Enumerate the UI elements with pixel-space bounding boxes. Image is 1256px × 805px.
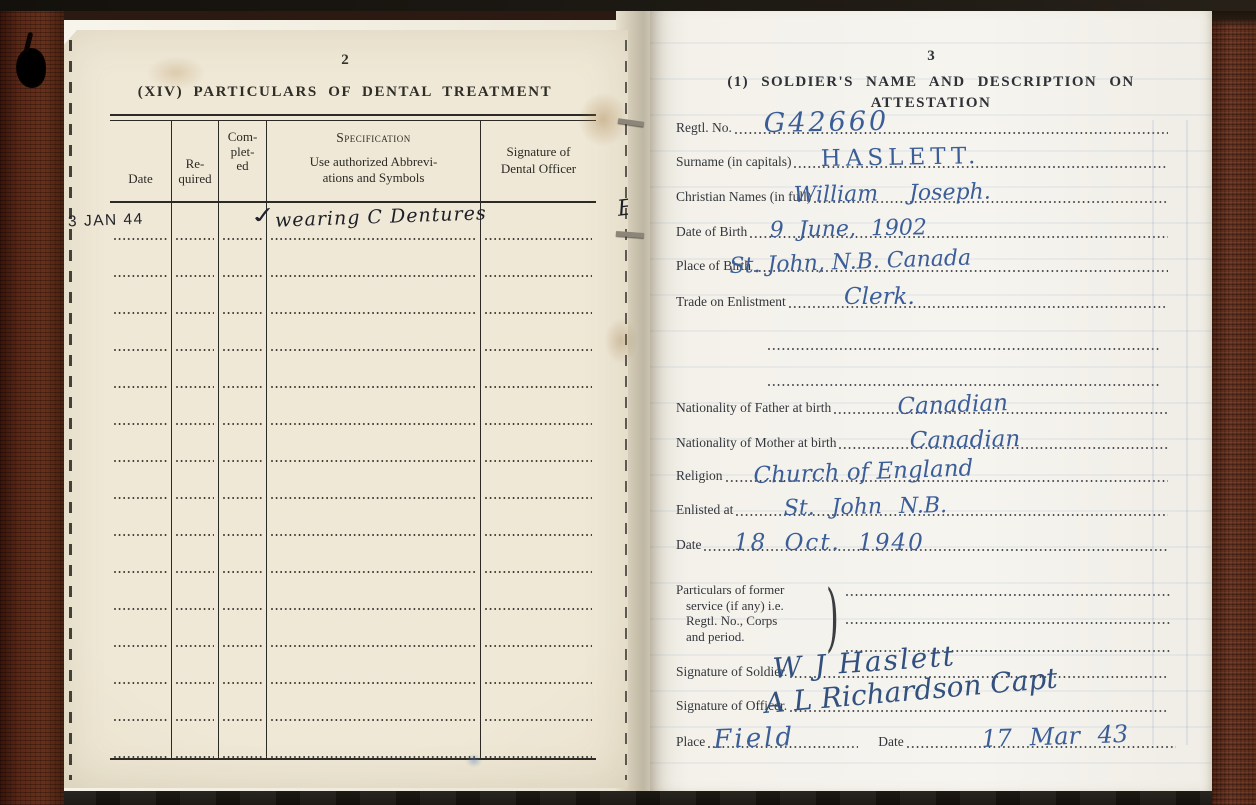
field-officer-signature: Signature of Officer. A L Richardson Cap… (676, 684, 1168, 714)
perforation-line (625, 40, 628, 780)
dental-table-blank-row (110, 425, 596, 462)
regtl-no-handwriting: G42660 (763, 106, 889, 139)
dental-table-blank-row (110, 462, 596, 499)
bleed-through-rule (1186, 120, 1188, 745)
header-required: Re- quired (172, 121, 219, 201)
header-specification: Specification Use authorized Abbrevi- at… (267, 121, 481, 201)
entry-completed-cell: ✓ (219, 203, 267, 240)
father-nationality-handwriting: Canadian (897, 390, 1008, 420)
entry-required-cell (172, 203, 219, 240)
field-mother-nationality: Nationality of Mother at birth Canadian (676, 421, 1168, 451)
entry-specification-handwriting: wearing C Dentures (275, 202, 487, 231)
entry-specification-cell: wearing C Dentures E C Clff Capt (267, 203, 481, 240)
service-book-spread: 2 (XIV) PARTICULARS OF DENTAL TREATMENT … (0, 0, 1256, 805)
dental-table-blank-row (110, 573, 596, 610)
religion-handwriting: Church of England (753, 455, 974, 489)
header-date: Date (110, 121, 172, 201)
dental-table-rows: 3 JAN 44 ✓ wearing C Dentures E C Clff C… (110, 203, 596, 758)
former-service-label: Particulars of former service (if any) i… (676, 582, 836, 644)
dental-table-blank-row (110, 277, 596, 314)
field-surname: Surname (in capitals) HASLETT. (676, 140, 1168, 170)
left-page-number: 2 (62, 52, 628, 69)
dental-table-header: Date Re- quired Com- plet- ed Specificat… (110, 121, 596, 203)
field-enlisted-at: Enlisted at St. John N.B. (676, 488, 1168, 518)
blank-dotted-row (765, 322, 1160, 352)
dotted-line (846, 622, 1172, 624)
christian-names-handwriting: William Joseph. (794, 180, 991, 208)
dental-table-blank-row (110, 240, 596, 277)
dental-table-blank-row (110, 610, 596, 647)
field-regtl-no: Regtl. No. G42660 (676, 106, 1168, 136)
dental-table-blank-row (110, 314, 596, 351)
field-place-of-birth: Place of Birth St. John, N.B. Canada (676, 244, 1168, 274)
dental-table-blank-row (110, 351, 596, 388)
bleed-through-rule (1152, 120, 1154, 745)
right-page-number: 3 (650, 48, 1212, 65)
table-top-rule (110, 114, 596, 121)
dental-table-blank-row (110, 499, 596, 536)
mother-nationality-handwriting: Canadian (910, 426, 1021, 454)
entry-date-cell: 3 JAN 44 (110, 203, 172, 240)
dotted-line (768, 348, 1160, 350)
dental-table-blank-row (110, 684, 596, 721)
dental-table-blank-row (110, 721, 596, 758)
scan-edge-top (0, 0, 1256, 11)
left-page-dental-treatment: 2 (XIV) PARTICULARS OF DENTAL TREATMENT … (62, 30, 628, 788)
perforation-line (69, 40, 72, 780)
field-enlist-date: Date 18 Oct. 1940 (676, 523, 1168, 553)
field-trade: Trade on Enlistment Clerk. (676, 280, 1168, 310)
trade-handwriting: Clerk. (844, 284, 915, 310)
dental-treatment-table: Date Re- quired Com- plet- ed Specificat… (110, 114, 596, 760)
book-cover-right (1212, 0, 1256, 805)
entry-date-handwriting: 3 JAN 44 (68, 211, 144, 232)
attestation-date-handwriting: 17 Mar 43 (981, 720, 1129, 753)
punch-hole (16, 48, 46, 88)
header-completed: Com- plet- ed (219, 121, 267, 201)
enlisted-at-handwriting: St. John N.B. (784, 493, 948, 521)
table-bottom-rule (110, 758, 596, 760)
dental-entry-row: 3 JAN 44 ✓ wearing C Dentures E C Clff C… (110, 203, 596, 240)
place-handwriting: Field (713, 722, 796, 755)
enlist-date-handwriting: 18 Oct. 1940 (734, 530, 925, 556)
entry-signature-cell (481, 203, 596, 240)
place-of-birth-handwriting: St. John, N.B. Canada (729, 246, 971, 279)
field-father-nationality: Nationality of Father at birth Canadian (676, 386, 1168, 416)
book-cover-left (0, 0, 64, 805)
field-religion: Religion Church of England (676, 454, 1168, 484)
dotted-line (846, 594, 1172, 596)
dental-table-blank-row (110, 647, 596, 684)
dental-table-blank-row (110, 388, 596, 425)
surname-handwriting: HASLETT. (821, 143, 981, 172)
field-christian-names: Christian Names (in full) William Joseph… (676, 175, 1168, 205)
blank-dotted-row (765, 358, 1160, 388)
header-signature: Signature of Dental Officer (481, 121, 596, 201)
dental-table-blank-row (110, 536, 596, 573)
right-page-attestation: 3 (1) SOLDIER'S NAME AND DESCRIPTION ON … (650, 8, 1212, 792)
left-page-title: (XIV) PARTICULARS OF DENTAL TREATMENT (62, 84, 628, 101)
field-place-and-date: Place Date Field 17 Mar 43 (676, 720, 1176, 750)
date-of-birth-handwriting: 9 June, 1902 (770, 215, 928, 243)
scan-edge-bottom (0, 791, 1256, 805)
field-date-of-birth: Date of Birth 9 June, 1902 (676, 210, 1168, 240)
